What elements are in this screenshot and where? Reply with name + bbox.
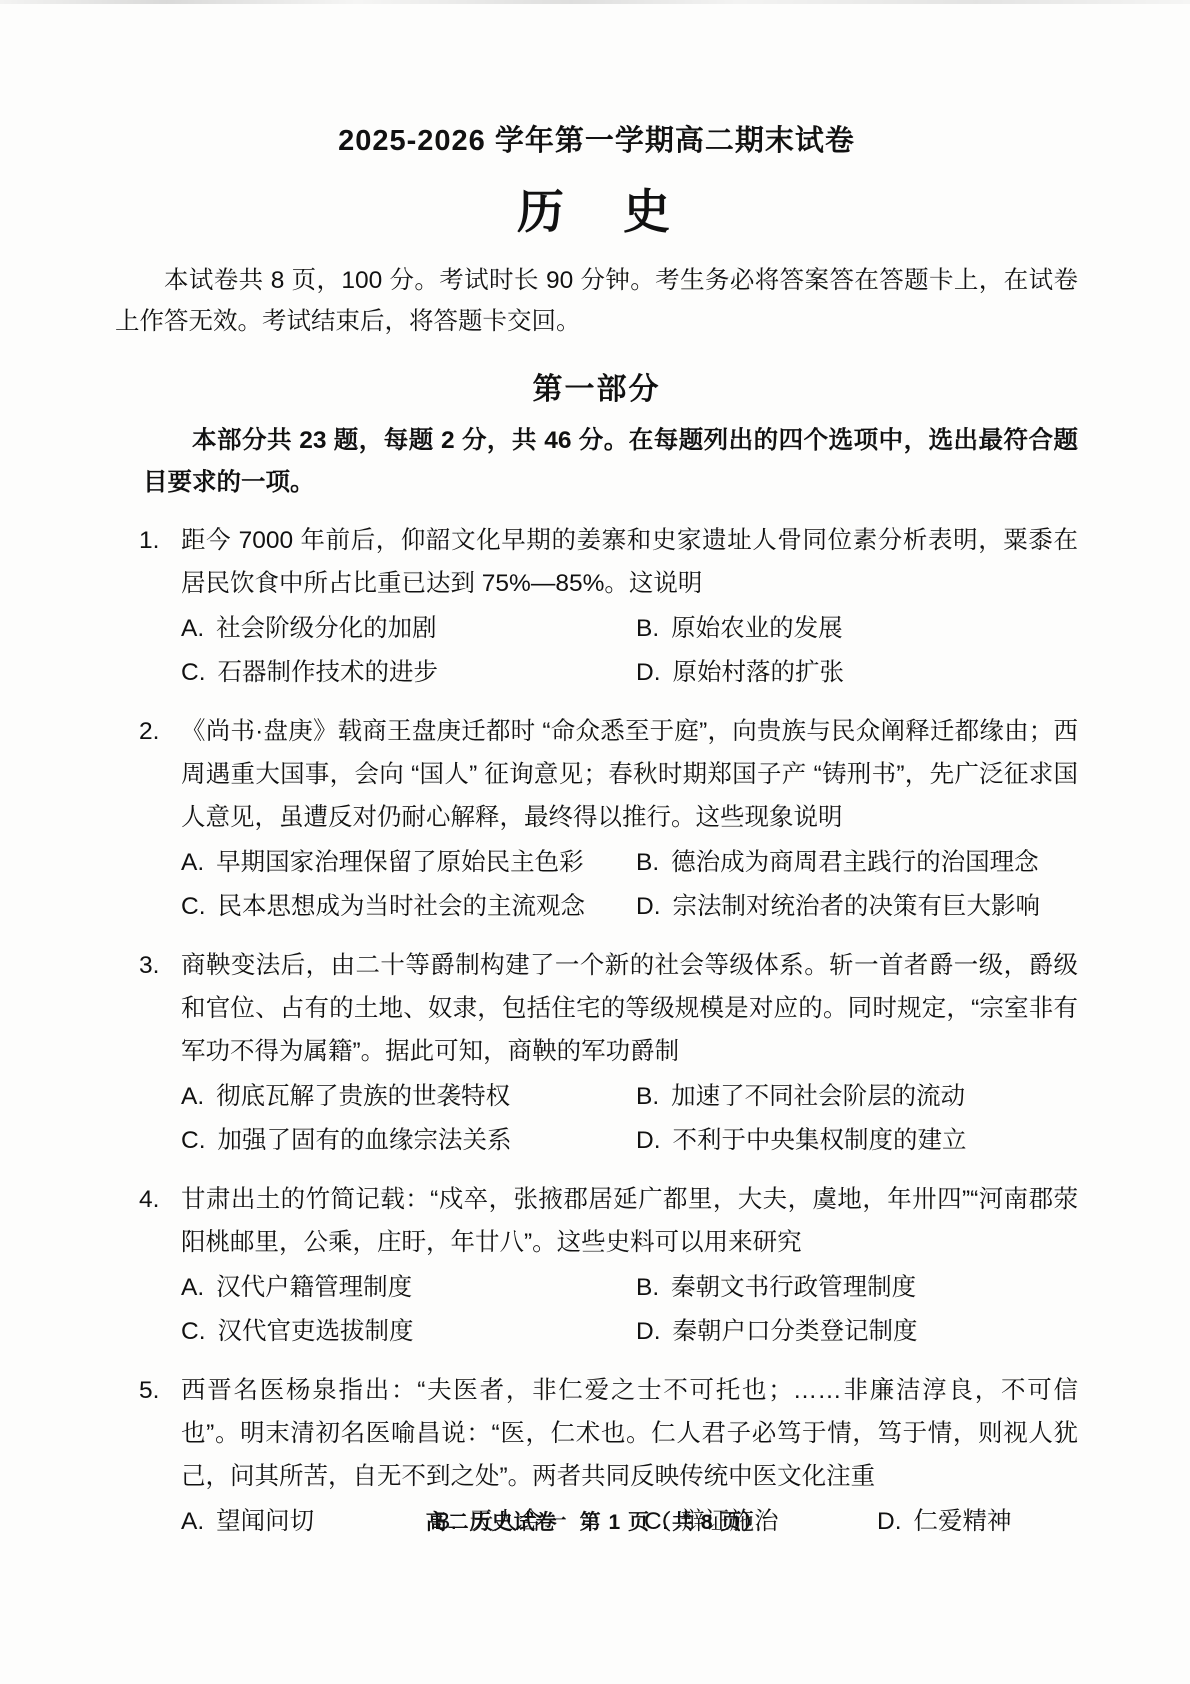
question-3-text: 商鞅变法后，由二十等爵制构建了一个新的社会等级体系。斩一首者爵一级，爵级和官位、… xyxy=(181,952,1078,1065)
question-5-text: 西晋名医杨泉指出：“夫医者，非仁爱之士不可托也；……非廉洁淳良，不可信也”。明末… xyxy=(181,1377,1078,1490)
question-4-text: 甘肃出土的竹简记载：“戍卒，张掖郡居延广都里，大夫，虞地，年卅四”“河南郡荥阳桃… xyxy=(181,1186,1078,1256)
question-1-number: 1. xyxy=(139,519,159,562)
question-2: 2. 《尚书·盘庚》载商王盘庚迁都时 “命众悉至于庭”，向贵族与民众阐释迁都缘由… xyxy=(115,710,1078,929)
section-intro: 本部分共 23 题，每题 2 分，共 46 分。在每题列出的四个选项中，选出最符… xyxy=(143,420,1078,504)
question-2-stem: 2. 《尚书·盘庚》载商王盘庚迁都时 “命众悉至于庭”，向贵族与民众阐释迁都缘由… xyxy=(115,710,1078,839)
question-3-options: A.彻底瓦解了贵族的世袭特权 B.加速了不同社会阶层的流动 C.加强了固有的血缘… xyxy=(115,1075,1078,1163)
question-1-stem: 1. 距今 7000 年前后，仰韶文化早期的姜寨和史家遗址人骨同位素分析表明，粟… xyxy=(115,519,1078,605)
question-3: 3. 商鞅变法后，由二十等爵制构建了一个新的社会等级体系。斩一首者爵一级，爵级和… xyxy=(115,944,1078,1163)
q3-option-d: D.不利于中央集权制度的建立 xyxy=(636,1119,1078,1163)
question-2-text: 《尚书·盘庚》载商王盘庚迁都时 “命众悉至于庭”，向贵族与民众阐释迁都缘由；西周… xyxy=(181,718,1078,831)
q3-option-c: C.加强了固有的血缘宗法关系 xyxy=(181,1119,636,1163)
q4-option-d: D.秦朝户口分类登记制度 xyxy=(636,1310,1078,1354)
question-5-stem: 5. 西晋名医杨泉指出：“夫医者，非仁爱之士不可托也；……非廉洁淳良，不可信也”… xyxy=(115,1369,1078,1498)
question-3-stem: 3. 商鞅变法后，由二十等爵制构建了一个新的社会等级体系。斩一首者爵一级，爵级和… xyxy=(115,944,1078,1073)
question-4: 4. 甘肃出土的竹简记载：“戍卒，张掖郡居延广都里，大夫，虞地，年卅四”“河南郡… xyxy=(115,1178,1078,1354)
q1-option-d: D.原始村落的扩张 xyxy=(636,651,1078,695)
question-3-number: 3. xyxy=(139,944,159,987)
section-title: 第一部分 xyxy=(115,364,1078,408)
exam-page: 2025-2026 学年第一学期高二期末试卷 历 史 本试卷共 8 页，100 … xyxy=(0,0,1190,1684)
q3-option-b: B.加速了不同社会阶层的流动 xyxy=(636,1075,1078,1119)
question-4-options: A.汉代户籍管理制度 B.秦朝文书行政管理制度 C.汉代官吏选拔制度 D.秦朝户… xyxy=(115,1266,1078,1354)
q4-option-a: A.汉代户籍管理制度 xyxy=(181,1266,636,1310)
question-2-number: 2. xyxy=(139,710,159,753)
page-footer: 高二历史试卷 第 1 页（共 8 页） xyxy=(0,1506,1190,1536)
question-4-stem: 4. 甘肃出土的竹简记载：“戍卒，张掖郡居延广都里，大夫，虞地，年卅四”“河南郡… xyxy=(115,1178,1078,1264)
question-1: 1. 距今 7000 年前后，仰韶文化早期的姜寨和史家遗址人骨同位素分析表明，粟… xyxy=(115,519,1078,695)
q2-option-a: A.早期国家治理保留了原始民主色彩 xyxy=(181,841,636,885)
question-1-options: A.社会阶级分化的加剧 B.原始农业的发展 C.石器制作技术的进步 D.原始村落… xyxy=(115,607,1078,695)
q2-option-c: C.民本思想成为当时社会的主流观念 xyxy=(181,885,636,929)
subject-title: 历 史 xyxy=(115,175,1078,242)
q3-option-a: A.彻底瓦解了贵族的世袭特权 xyxy=(181,1075,636,1119)
exam-session-title: 2025-2026 学年第一学期高二期末试卷 xyxy=(115,0,1078,159)
q4-option-c: C.汉代官吏选拔制度 xyxy=(181,1310,636,1354)
q1-option-c: C.石器制作技术的进步 xyxy=(181,651,636,695)
q2-option-d: D.宗法制对统治者的决策有巨大影响 xyxy=(636,885,1078,929)
page-content: 2025-2026 学年第一学期高二期末试卷 历 史 本试卷共 8 页，100 … xyxy=(0,0,1190,1544)
q2-option-b: B.德治成为商周君主践行的治国理念 xyxy=(636,841,1078,885)
scan-artifact xyxy=(0,0,1190,4)
q1-option-b: B.原始农业的发展 xyxy=(636,607,1078,651)
exam-notes: 本试卷共 8 页，100 分。考试时长 90 分钟。考生务必将答案答在答题卡上，… xyxy=(115,260,1078,342)
q4-option-b: B.秦朝文书行政管理制度 xyxy=(636,1266,1078,1310)
q1-option-a: A.社会阶级分化的加剧 xyxy=(181,607,636,651)
question-5-number: 5. xyxy=(139,1369,159,1412)
question-2-options: A.早期国家治理保留了原始民主色彩 B.德治成为商周君主践行的治国理念 C.民本… xyxy=(115,841,1078,929)
question-1-text: 距今 7000 年前后，仰韶文化早期的姜寨和史家遗址人骨同位素分析表明，粟黍在居… xyxy=(181,527,1078,597)
question-4-number: 4. xyxy=(139,1178,159,1221)
